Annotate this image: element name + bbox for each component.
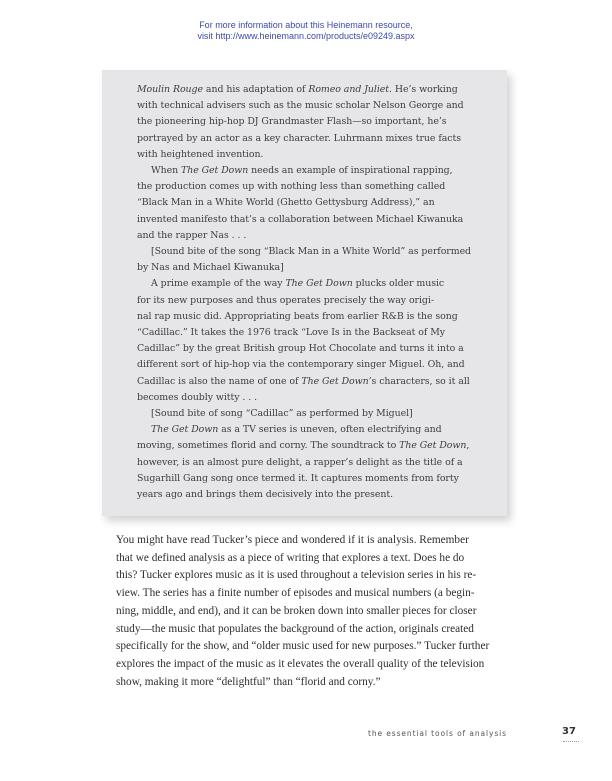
resource-info-line-1: For more information about this Heineman… [0, 20, 612, 31]
excerpt-line: portrayed by an actor as a key character… [137, 131, 487, 147]
title-italic: The Get Down [285, 278, 352, 289]
excerpt-line: different sort of hip-hop via the contem… [137, 357, 487, 373]
excerpt-line: [Sound bite of song “Cadillac” as perfor… [137, 406, 487, 422]
title-italic: Moulin Rouge [137, 84, 203, 95]
title-italic: The Get Down [181, 165, 248, 176]
resource-info-link[interactable]: visit http://www.heinemann.com/products/… [0, 31, 612, 42]
excerpt-line: by Nas and Michael Kiwanuka] [137, 260, 487, 276]
page-number-rule [563, 741, 579, 742]
body-line: view. The series has a finite number of … [116, 585, 506, 603]
running-footer-title: the essential tools of analysis [368, 729, 507, 738]
excerpt-line: the production comes up with nothing les… [137, 179, 487, 195]
title-italic: Romeo and Juliet [308, 84, 389, 95]
excerpt-line: moving, sometimes florid and corny. The … [137, 438, 487, 454]
excerpt-line: the pioneering hip-hop DJ Grandmaster Fl… [137, 114, 487, 130]
page-number: 37 [562, 726, 576, 737]
body-paragraph: You might have read Tucker’s piece and w… [116, 532, 506, 691]
body-line: that we defined analysis as a piece of w… [116, 550, 506, 568]
excerpt-line: Cadillac is also the name of one of The … [137, 374, 487, 390]
body-line: show, making it more “delightful” than “… [116, 674, 506, 692]
title-italic: The Get Down [151, 424, 218, 435]
excerpt-line: and the rapper Nas . . . [137, 228, 487, 244]
excerpt-line: however, is an almost pure delight, a ra… [137, 455, 487, 471]
excerpt-line: A prime example of the way The Get Down … [137, 276, 487, 292]
excerpt-line: “Cadillac.” It takes the 1976 track “Lov… [137, 325, 487, 341]
excerpt-line: Sugarhill Gang song once termed it. It c… [137, 471, 487, 487]
body-line: specifically for the show, and “older mu… [116, 638, 506, 656]
excerpt-line: invented manifesto that’s a collaboratio… [137, 212, 487, 228]
excerpt-line: for its new purposes and thus operates p… [137, 293, 487, 309]
excerpt-line: years ago and brings them decisively int… [137, 487, 487, 503]
resource-info-note: For more information about this Heineman… [0, 20, 612, 42]
excerpt-line: [Sound bite of the song “Black Man in a … [137, 244, 487, 260]
excerpt-line: Moulin Rouge and his adaptation of Romeo… [137, 82, 487, 98]
body-line: You might have read Tucker’s piece and w… [116, 532, 506, 550]
excerpt-line: When The Get Down needs an example of in… [137, 163, 487, 179]
excerpt-line: with heightened invention. [137, 147, 487, 163]
excerpt-line: becomes doubly witty . . . [137, 390, 487, 406]
excerpt-line: “Black Man in a White World (Ghetto Gett… [137, 195, 487, 211]
body-line: study—the music that populates the backg… [116, 621, 506, 639]
excerpt-line: The Get Down as a TV series is uneven, o… [137, 422, 487, 438]
body-line: explores the impact of the music as it e… [116, 656, 506, 674]
quoted-excerpt-text: Moulin Rouge and his adaptation of Romeo… [137, 82, 487, 503]
body-line: ning, middle, and end), and it can be br… [116, 603, 506, 621]
title-italic: The Get Down [301, 376, 368, 387]
excerpt-line: with technical advisers such as the musi… [137, 98, 487, 114]
excerpt-line: nal rap music did. Appropriating beats f… [137, 309, 487, 325]
title-italic: The Get Down [399, 440, 466, 451]
body-line: this? Tucker explores music as it is use… [116, 567, 506, 585]
excerpt-line: Cadillac” by the great British group Hot… [137, 341, 487, 357]
